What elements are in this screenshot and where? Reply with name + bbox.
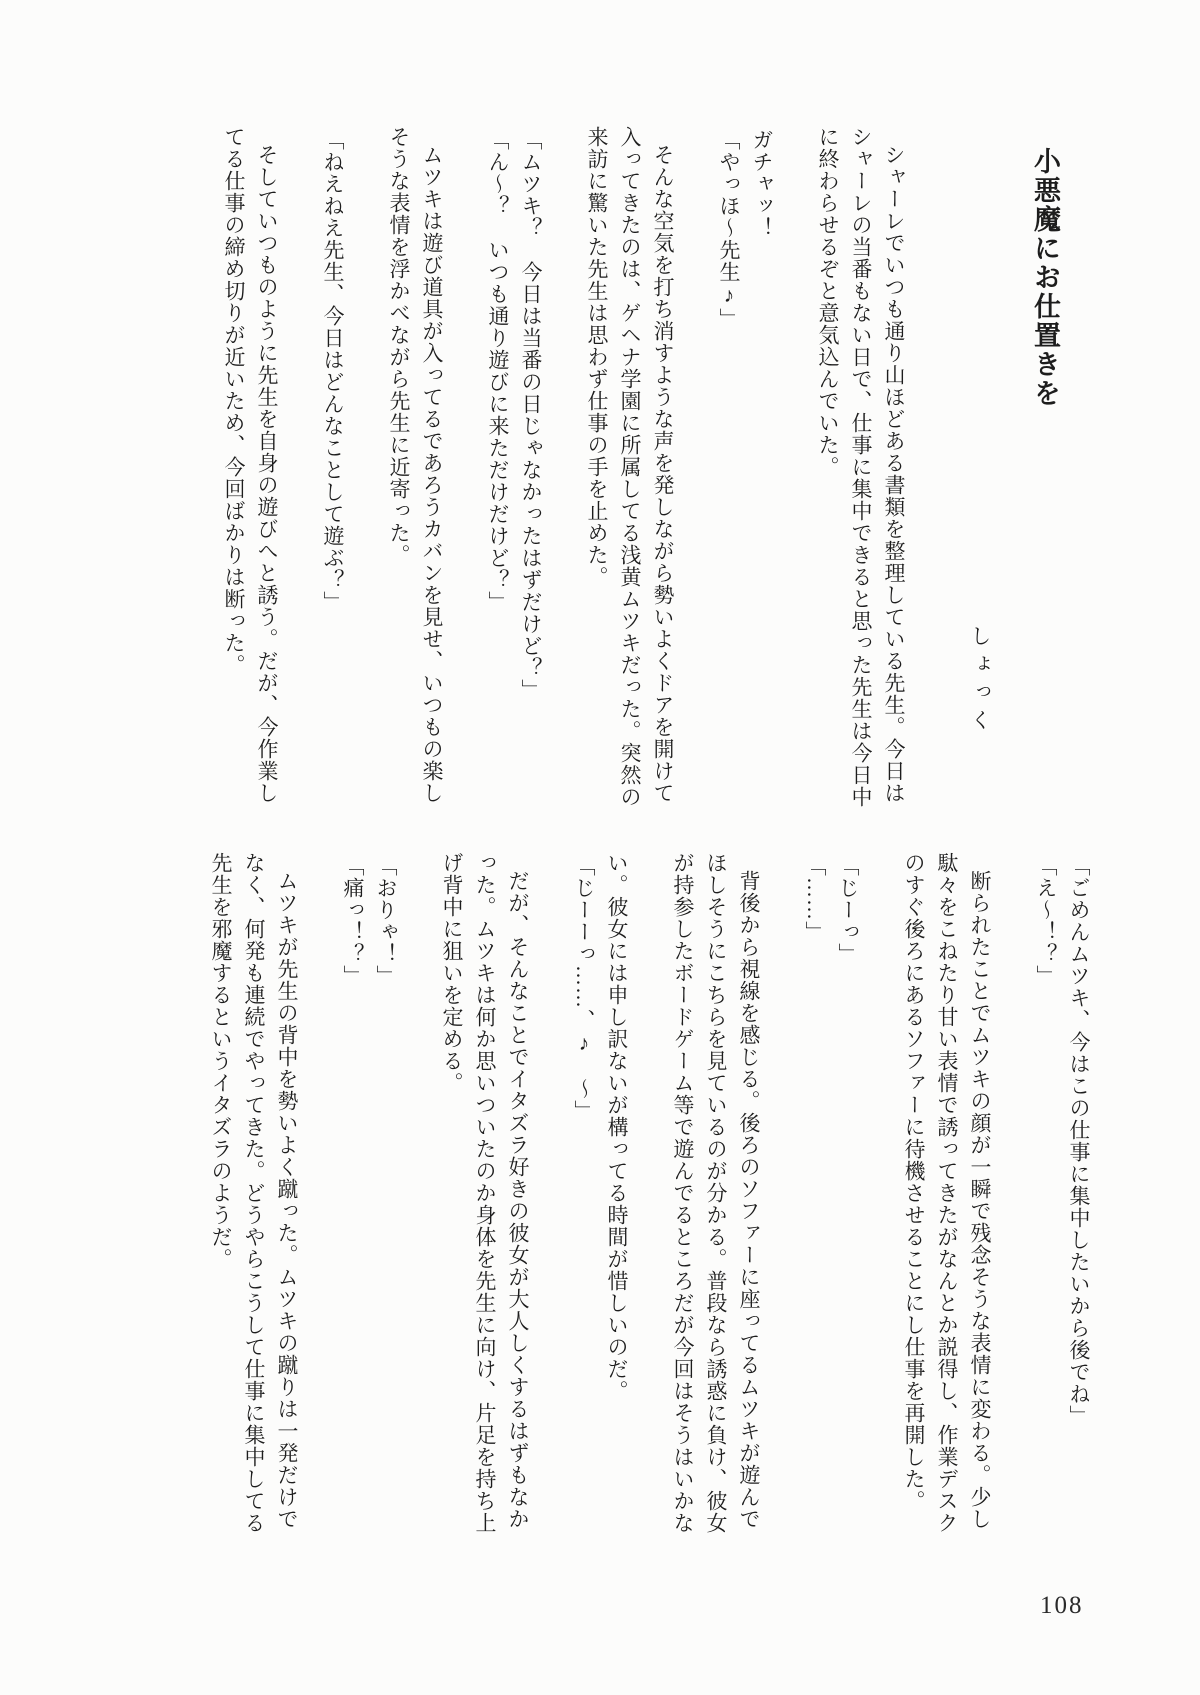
- text-column: シャーレでいつも通り山ほどある書類を整理している先生。今日は: [877, 120, 910, 890]
- text-column: そんな空気を打ち消すような声を発しながら勢いよくドアを開けて: [646, 120, 679, 890]
- text-column: だが、そんなことでイタズラ好きの彼女が大人しくするはずもなか: [501, 846, 534, 1616]
- text-column: 「じーーっ……、♪ ～」: [567, 846, 600, 1616]
- text-column: に終わらせるぞと意気込んでいた。: [811, 120, 844, 890]
- text-column: い。彼女には申し訳ないが構ってる時間が惜しいのだ。: [600, 846, 633, 1616]
- text-column: 来訪に驚いた先生は思わず仕事の手を止めた。: [580, 120, 613, 890]
- text-column: ムツキは遊び道具が入ってるであろうカバンを見せ、いつもの楽し: [415, 120, 448, 890]
- text-band-top: 小悪魔にお仕置きをしょっくシャーレでいつも通り山ほどある書類を整理している先生。…: [217, 120, 1100, 890]
- text-column: 「じーっ」: [831, 846, 864, 1616]
- text-column: が持参したボードゲーム等で遊んでるところだが今回はそうはいかな: [666, 846, 699, 1616]
- text-column: 「おりゃ！」: [369, 846, 402, 1616]
- text-column: 先生を邪魔するというイタズラのようだ。: [204, 846, 237, 1616]
- scanned-novel-page: 小悪魔にお仕置きをしょっくシャーレでいつも通り山ほどある書類を整理している先生。…: [0, 0, 1200, 1695]
- text-column: なく、何発も連続でやってきた。どうやらこうして仕事に集中してる: [237, 846, 270, 1616]
- text-column: のすぐ後ろにあるソファーに待機させることにし仕事を再開した。: [897, 846, 930, 1616]
- text-column: 「え～！？」: [1029, 846, 1062, 1616]
- page-number: 108: [1040, 1592, 1084, 1620]
- text-column: ムツキが先生の背中を勢いよく蹴った。ムツキの蹴りは一発だけで: [270, 846, 303, 1616]
- text-column: ほしそうにこちらを見ているのが分かる。普段なら誘惑に負け、彼女: [699, 846, 732, 1616]
- text-column: 駄々をこねたり甘い表情で誘ってきたがなんとか説得し、作業デスク: [930, 846, 963, 1616]
- text-column: げ背中に狙いを定める。: [435, 846, 468, 1616]
- text-column: 「やっほ～先生♪」: [712, 120, 745, 890]
- text-column: そしていつものように先生を自身の遊びへと誘う。だが、今作業し: [250, 120, 283, 890]
- text-column: ガチャッ！: [745, 120, 778, 890]
- author-name: しょっく: [965, 120, 995, 890]
- text-column: そうな表情を浮かべながら先生に近寄った。: [382, 120, 415, 890]
- text-band-bottom: 「ごめんムツキ、今はこの仕事に集中したいから後でね」「え～！？」断られたことでム…: [204, 846, 1095, 1616]
- text-column: 「ムツキ？ 今日は当番の日じゃなかったはずだけど？」: [514, 120, 547, 890]
- text-column: 入ってきたのは、ゲヘナ学園に所属してる浅黄ムツキだった。突然の: [613, 120, 646, 890]
- text-column: 背後から視線を感じる。後ろのソファーに座ってるムツキが遊んで: [732, 846, 765, 1616]
- text-column: 「……」: [798, 846, 831, 1616]
- text-column: 「ん～？ いつも通り遊びに来ただけだけど？」: [481, 120, 514, 890]
- text-column: った。ムツキは何か思いついたのか身体を先生に向け、片足を持ち上: [468, 846, 501, 1616]
- text-column: 「ねえねえ先生、今日はどんなことして遊ぶ？」: [316, 120, 349, 890]
- text-column: 「ごめんムツキ、今はこの仕事に集中したいから後でね」: [1062, 846, 1095, 1616]
- story-title: 小悪魔にお仕置きを: [1025, 120, 1065, 890]
- text-column: シャーレの当番もない日で、仕事に集中できると思った先生は今日中: [844, 120, 877, 890]
- text-column: てる仕事の締め切りが近いため、今回ばかりは断った。: [217, 120, 250, 890]
- text-column: 断られたことでムツキの顔が一瞬で残念そうな表情に変わる。少し: [963, 846, 996, 1616]
- text-column: 「痛っ！？」: [336, 846, 369, 1616]
